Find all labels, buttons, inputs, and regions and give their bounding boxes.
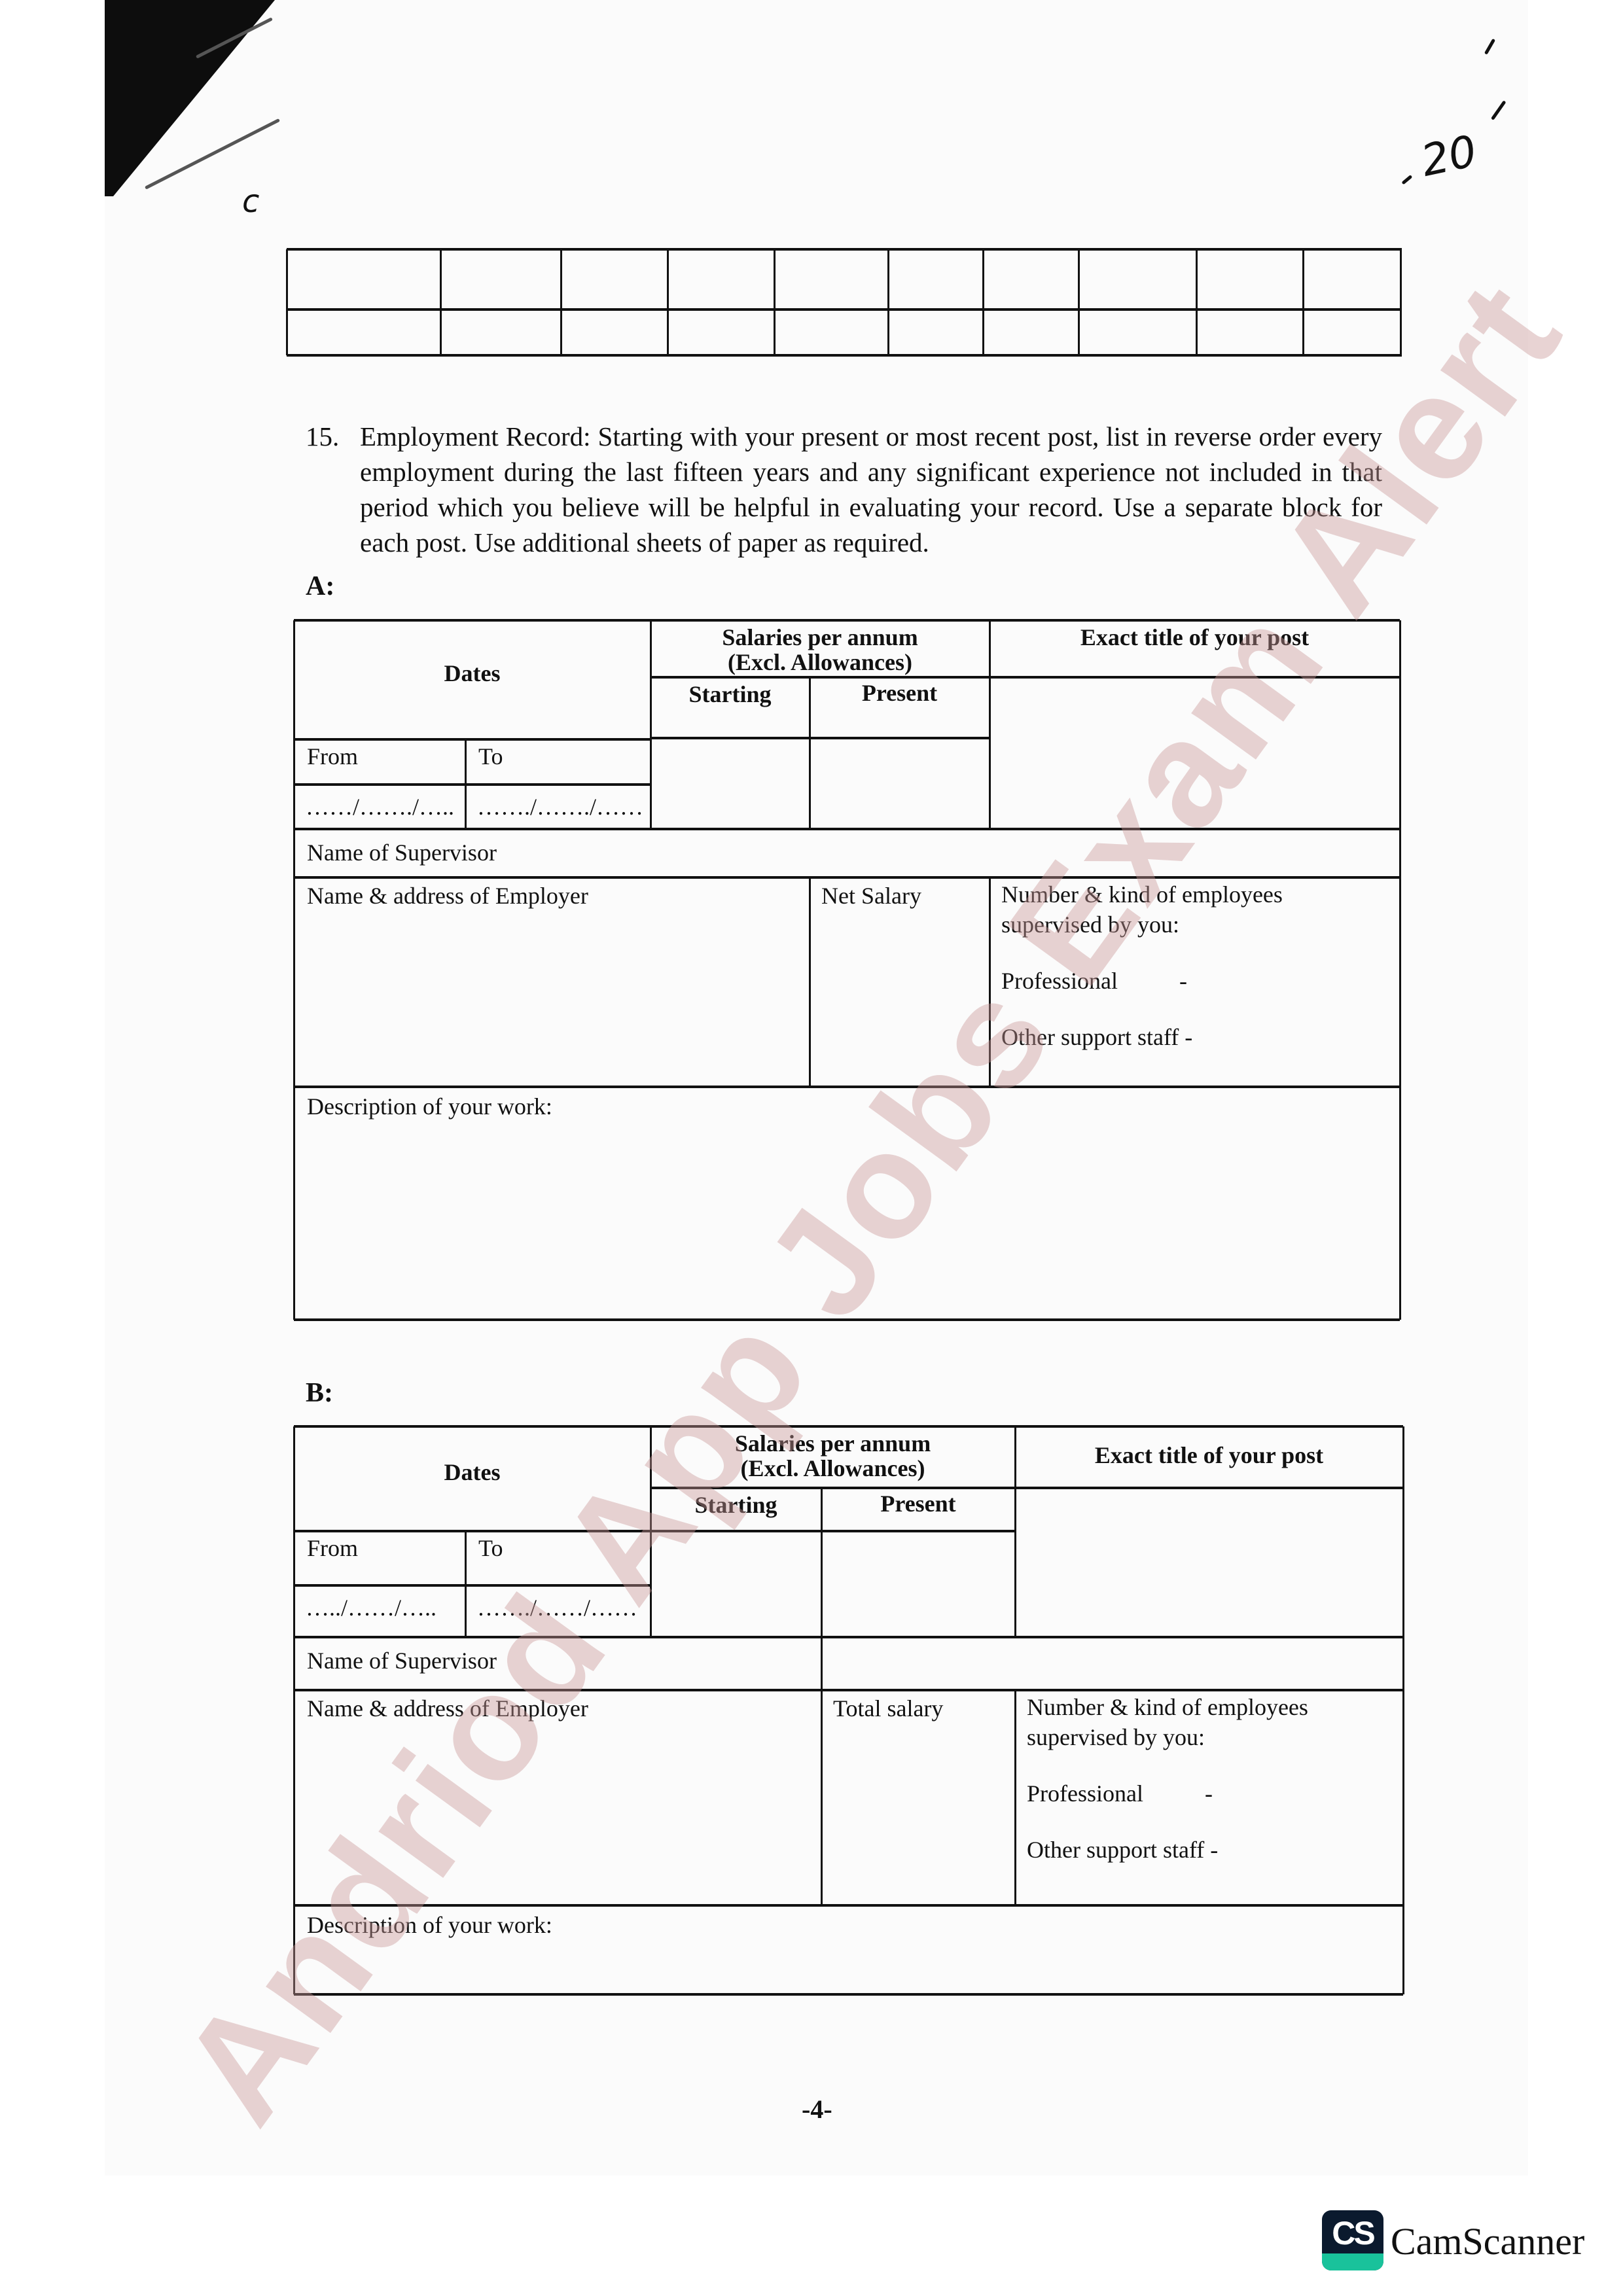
starting-header: Starting — [651, 1492, 821, 1518]
professional-label: Professional — [1027, 1780, 1143, 1807]
present-salary-input[interactable] — [811, 740, 988, 828]
rule-line — [1014, 1690, 1016, 1905]
dates-header: Dates — [294, 1459, 651, 1485]
professional-dash: - — [1205, 1780, 1213, 1807]
support-staff-label: Other support staff - — [1027, 1837, 1218, 1863]
starting-header: Starting — [651, 681, 810, 707]
grid-cell[interactable] — [562, 311, 667, 354]
supervisor-input[interactable] — [823, 1639, 1402, 1689]
starting-salary-input[interactable] — [652, 740, 808, 828]
rule-line — [651, 1487, 1403, 1489]
exact-title-header: Exact title of your post — [990, 624, 1400, 650]
grid-cell[interactable] — [288, 251, 440, 308]
grid-cell[interactable] — [776, 311, 887, 354]
exact-title-input[interactable] — [1017, 1490, 1402, 1636]
employees-label: Number & kind of employees — [1001, 881, 1283, 908]
block-a-label: A: — [306, 571, 334, 602]
grid-cell[interactable] — [562, 251, 667, 308]
dates-header: Dates — [294, 660, 651, 686]
rule-line — [294, 1086, 1400, 1088]
to-date-input[interactable] — [467, 1587, 649, 1636]
from-label: From — [307, 1535, 358, 1561]
rule-line — [651, 676, 1400, 679]
rule-line — [821, 1637, 823, 1690]
employees-label-2: supervised by you: — [1001, 911, 1179, 938]
section-text: Employment Record: Starting with your pr… — [360, 419, 1382, 560]
description-input[interactable] — [296, 1945, 1402, 1993]
section-15-instructions: 15. Employment Record: Starting with you… — [306, 419, 1382, 560]
grid-cell[interactable] — [1304, 311, 1400, 354]
rule-line — [294, 1636, 1403, 1638]
salary-input[interactable] — [811, 917, 988, 1086]
salary-label: Total salary — [833, 1695, 943, 1722]
from-date-input[interactable] — [296, 786, 464, 828]
grid-cell[interactable] — [889, 311, 982, 354]
employer-input[interactable] — [296, 917, 808, 1086]
rule-line — [809, 877, 811, 1087]
present-salary-input[interactable] — [823, 1533, 1014, 1636]
handwritten-corner-mark: c — [242, 183, 259, 220]
present-header: Present — [810, 680, 990, 706]
grid-cell[interactable] — [1198, 311, 1302, 354]
exact-title-input[interactable] — [991, 679, 1399, 828]
to-label: To — [478, 743, 503, 769]
starting-salary-input[interactable] — [652, 1533, 820, 1636]
rule-line — [294, 1904, 1403, 1907]
grid-row-line — [287, 354, 1402, 357]
supervisor-label: Name of Supervisor — [307, 1648, 497, 1674]
employees-label-2: supervised by you: — [1027, 1724, 1205, 1750]
rule-line — [294, 1584, 651, 1587]
grid-cell[interactable] — [442, 251, 560, 308]
rule-line — [294, 828, 1400, 830]
rule-line — [651, 737, 990, 739]
salaries-subheader: (Excl. Allowances) — [651, 649, 990, 675]
grid-cell[interactable] — [669, 251, 774, 308]
table-top-border — [294, 619, 1400, 622]
from-label: From — [307, 743, 358, 769]
grid-cell[interactable] — [984, 251, 1078, 308]
rule-line — [294, 876, 1400, 879]
description-input[interactable] — [296, 1126, 1399, 1318]
rule-line — [465, 1531, 467, 1637]
description-label: Description of your work: — [307, 1093, 552, 1120]
grid-cell[interactable] — [669, 311, 774, 354]
to-date-input[interactable] — [467, 786, 649, 828]
present-header: Present — [821, 1491, 1015, 1517]
grid-cell[interactable] — [984, 311, 1078, 354]
grid-cell[interactable] — [1198, 251, 1302, 308]
employer-label: Name & address of Employer — [307, 1695, 588, 1722]
from-date-input[interactable] — [296, 1587, 464, 1636]
employer-label: Name & address of Employer — [307, 883, 588, 909]
table-left-border — [293, 620, 295, 1320]
support-staff-label: Other support staff - — [1001, 1024, 1192, 1050]
camscanner-logo-icon: CS — [1322, 2210, 1383, 2270]
rule-line — [821, 1690, 823, 1905]
table-right-border — [1402, 1426, 1404, 1994]
block-b-label: B: — [306, 1377, 333, 1409]
grid-cell[interactable] — [1080, 251, 1196, 308]
grid-cell[interactable] — [442, 311, 560, 354]
rule-line — [465, 739, 467, 829]
employees-label: Number & kind of employees — [1027, 1694, 1308, 1720]
rule-line — [651, 1530, 1015, 1532]
camscanner-brand: CamScanner — [1391, 2219, 1584, 2263]
grid-cell[interactable] — [889, 251, 982, 308]
employer-input[interactable] — [296, 1729, 820, 1904]
rule-line — [294, 783, 651, 786]
section-number: 15. — [306, 419, 339, 454]
logo-cs-text: CS — [1322, 2214, 1383, 2252]
description-label: Description of your work: — [307, 1912, 552, 1938]
logo-teal-band — [1322, 2253, 1383, 2270]
table-left-border — [293, 1426, 295, 1994]
grid-col-line — [1400, 249, 1402, 355]
professional-label: Professional — [1001, 968, 1118, 994]
supervisor-input[interactable] — [296, 831, 1399, 876]
table-top-border — [294, 1425, 1403, 1428]
rule-line — [989, 877, 991, 1087]
rule-line — [294, 738, 651, 741]
table-bottom-border — [294, 1993, 1403, 1996]
grid-cell[interactable] — [776, 251, 887, 308]
exact-title-header: Exact title of your post — [1015, 1442, 1403, 1468]
table-bottom-border — [294, 1318, 1400, 1321]
salaries-header: Salaries per annum — [651, 624, 990, 650]
grid-cell[interactable] — [1080, 311, 1196, 354]
salaries-subheader: (Excl. Allowances) — [651, 1455, 1015, 1481]
professional-dash: - — [1179, 968, 1187, 994]
to-label: To — [478, 1535, 503, 1561]
salary-label: Net Salary — [821, 883, 921, 909]
salaries-header: Salaries per annum — [651, 1430, 1015, 1457]
rule-line — [294, 1530, 651, 1532]
grid-cell[interactable] — [288, 311, 440, 354]
salary-input[interactable] — [823, 1729, 1014, 1904]
grid-cell[interactable] — [1304, 251, 1400, 308]
rule-line — [294, 1689, 1403, 1691]
table-right-border — [1399, 620, 1401, 1320]
page-number: -4- — [802, 2094, 832, 2125]
